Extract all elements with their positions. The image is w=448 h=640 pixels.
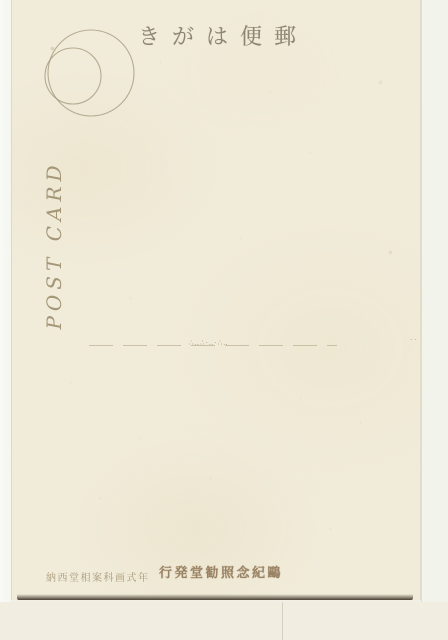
paper-speckles xyxy=(12,0,13,1)
card-bottom-edge-shadow xyxy=(17,594,413,600)
printer-imprint-left: 納西堂相案科画式年 xyxy=(46,569,150,584)
divider-faded-marks: ∴‥∴·‥·∴‥ xyxy=(189,339,229,347)
scanner-background-seam xyxy=(282,602,283,640)
publisher-imprint-right: 行発堂勧照念紀鷗 xyxy=(159,562,283,581)
scanner-background-bottom xyxy=(0,602,448,640)
scanner-background-right xyxy=(421,0,448,640)
postcard-back: きがは便郵 POST CARD ∴‥∴·‥·∴‥ ·· 納西堂相案科画式年 行発… xyxy=(11,0,421,600)
post-card-handwritten-label: POST CARD xyxy=(42,160,68,330)
paper-speck-marks: ·· xyxy=(410,336,418,344)
scanner-background-left xyxy=(0,0,11,640)
stamp-circles-icon xyxy=(20,20,152,142)
